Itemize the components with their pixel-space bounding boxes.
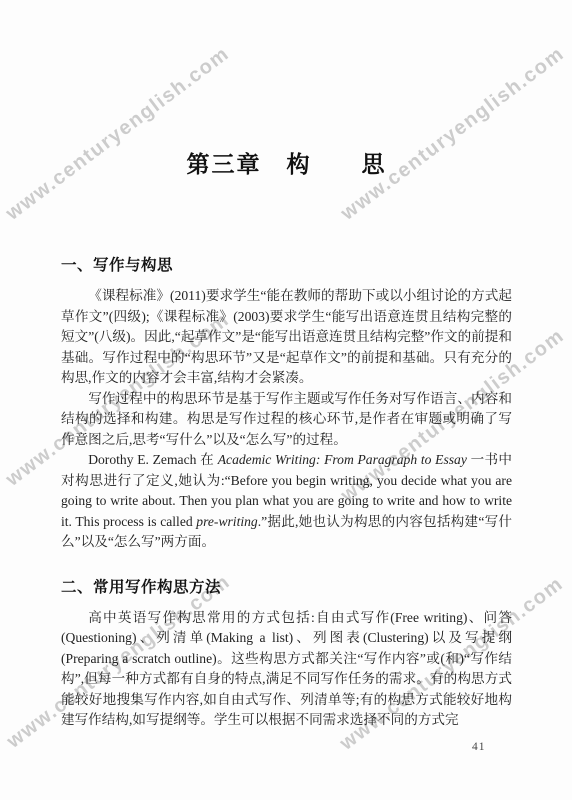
italic-text: pre-writing — [196, 514, 257, 529]
book-page: www.centuryenglish.com www.centuryenglis… — [0, 0, 572, 800]
section-heading: 二、常用写作构思方法 — [61, 575, 512, 597]
chapter-title: 第三章 构 思 — [61, 146, 512, 179]
page-content: 第三章 构 思 一、写作与构思 《课程标准》(2011)要求学生“能在教师的帮助… — [61, 0, 512, 731]
paragraph: 《课程标准》(2011)要求学生“能在教师的帮助下或以小组讨论的方式起草作文”(… — [61, 286, 512, 389]
section-writing-and-conception: 一、写作与构思 《课程标准》(2011)要求学生“能在教师的帮助下或以小组讨论的… — [61, 253, 512, 553]
section-body: 《课程标准》(2011)要求学生“能在教师的帮助下或以小组讨论的方式起草作文”(… — [61, 286, 512, 553]
body-text: Dorothy E. Zemach 在 — [88, 452, 218, 467]
body-text: 《课程标准》(2011)要求学生“能在教师的帮助下或以小组讨论的方式起草作文”(… — [61, 288, 512, 385]
body-text: 写作过程中的构思环节是基于写作主题或写作任务对写作语言、内容和结构的选择和构建。… — [61, 391, 512, 447]
italic-text: Academic Writing: From Paragraph to Essa… — [218, 452, 467, 467]
page-number: 41 — [472, 741, 486, 753]
section-body: 高中英语写作构思常用的方式包括:自由式写作(Free writing)、问答(Q… — [61, 608, 512, 731]
paragraph: 高中英语写作构思常用的方式包括:自由式写作(Free writing)、问答(Q… — [61, 608, 512, 731]
section-common-conception-methods: 二、常用写作构思方法 高中英语写作构思常用的方式包括:自由式写作(Free wr… — [61, 575, 512, 731]
section-heading: 一、写作与构思 — [61, 253, 512, 275]
body-text: 高中英语写作构思常用的方式包括:自由式写作(Free writing)、问答(Q… — [61, 610, 512, 728]
paragraph: Dorothy E. Zemach 在 Academic Writing: Fr… — [61, 450, 512, 553]
paragraph: 写作过程中的构思环节是基于写作主题或写作任务对写作语言、内容和结构的选择和构建。… — [61, 389, 512, 451]
